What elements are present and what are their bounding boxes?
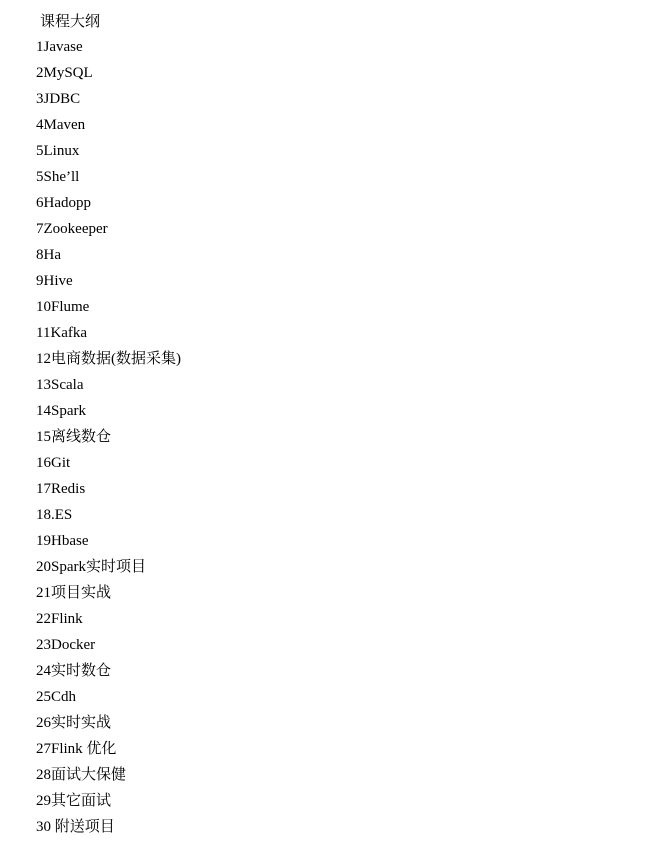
- outline-item: 12电商数据(数据采集): [36, 346, 181, 372]
- outline-item: 11Kafka: [36, 320, 181, 346]
- outline-item: 18.ES: [36, 502, 181, 528]
- outline-item: 8Ha: [36, 242, 181, 268]
- outline-item: 23Docker: [36, 632, 181, 658]
- outline-item: 21项目实战: [36, 580, 181, 606]
- course-outline-document: 课程大纲 1Javase 2MySQL 3JDBC 4Maven 5Linux …: [36, 8, 181, 840]
- outline-item: 14Spark: [36, 398, 181, 424]
- outline-item: 3JDBC: [36, 86, 181, 112]
- outline-item: 24实时数仓: [36, 658, 181, 684]
- outline-item: 30 附送项目: [36, 814, 181, 840]
- outline-item: 5Linux: [36, 138, 181, 164]
- outline-item: 22Flink: [36, 606, 181, 632]
- outline-item: 27Flink 优化: [36, 736, 181, 762]
- outline-item: 26实时实战: [36, 710, 181, 736]
- outline-item: 10Flume: [36, 294, 181, 320]
- outline-item: 1Javase: [36, 34, 181, 60]
- outline-item: 9Hive: [36, 268, 181, 294]
- outline-item: 25Cdh: [36, 684, 181, 710]
- outline-item: 20Spark实时项目: [36, 554, 181, 580]
- outline-item: 16Git: [36, 450, 181, 476]
- outline-item: 5She’ll: [36, 164, 181, 190]
- outline-item: 19Hbase: [36, 528, 181, 554]
- outline-item: 7Zookeeper: [36, 216, 181, 242]
- outline-item: 13Scala: [36, 372, 181, 398]
- outline-item: 28面试大保健: [36, 762, 181, 788]
- outline-item: 15离线数仓: [36, 424, 181, 450]
- outline-item: 6Hadopp: [36, 190, 181, 216]
- outline-title: 课程大纲: [36, 8, 181, 34]
- outline-item: 2MySQL: [36, 60, 181, 86]
- outline-item: 4Maven: [36, 112, 181, 138]
- outline-item: 29其它面试: [36, 788, 181, 814]
- outline-item: 17Redis: [36, 476, 181, 502]
